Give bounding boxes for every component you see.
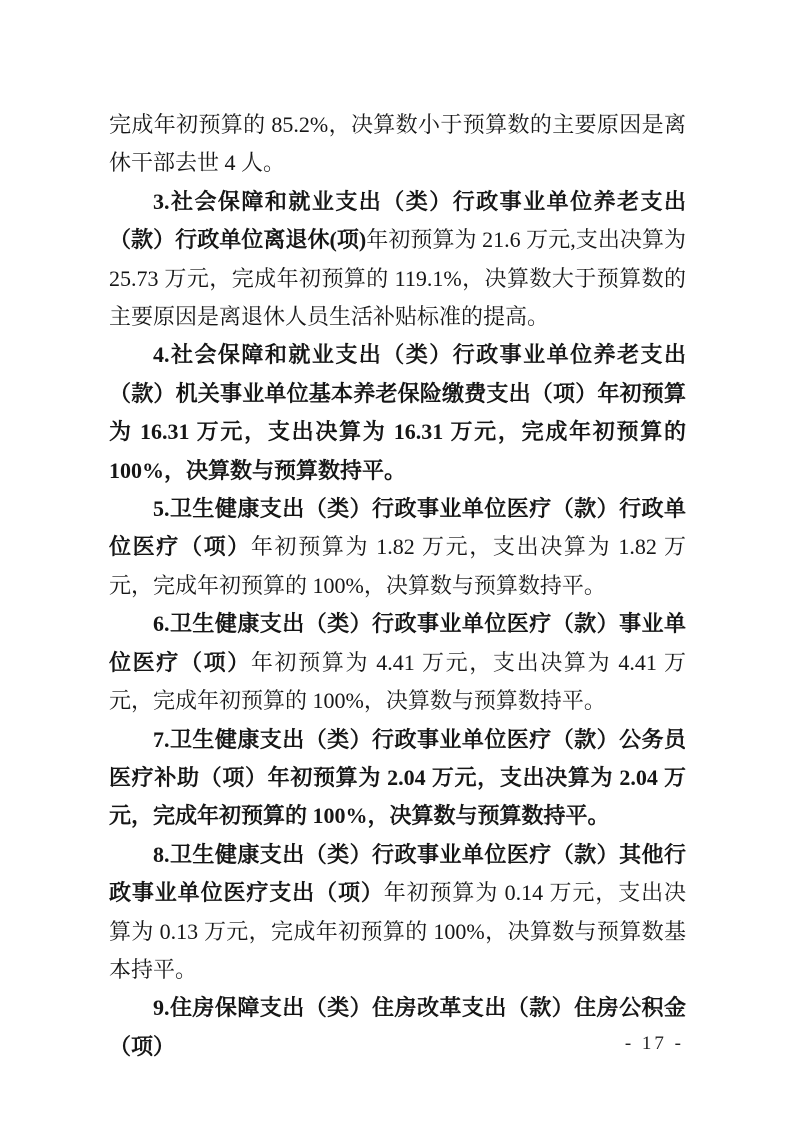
paragraph: 4.社会保障和就业支出（类）行政事业单位养老支出（款）机关事业单位基本养老保险缴…	[109, 336, 686, 490]
paragraph: 3.社会保障和就业支出（类）行政事业单位养老支出（款）行政单位离退休(项)年初预…	[109, 183, 686, 337]
page-number: - 17 -	[625, 1033, 684, 1055]
paragraph: 9.住房保障支出（类）住房改革支出（款）住房公积金（项）	[109, 989, 686, 1066]
text-run: 7.卫生健康支出（类）行政事业单位医疗（款）公务员医疗补助（项）年初预算为 2.…	[109, 727, 686, 829]
text-run: 4.社会保障和就业支出（类）行政事业单位养老支出（款）机关事业单位基本养老保险缴…	[109, 342, 686, 482]
text-run: 9.住房保障支出（类）住房改革支出（款）住房公积金（项）	[109, 995, 686, 1058]
text-run: 完成年初预算的 85.2%，决算数小于预算数的主要原因是离休干部去世 4 人。	[109, 112, 686, 175]
paragraph: 8.卫生健康支出（类）行政事业单位医疗（款）其他行政事业单位医疗支出（项）年初预…	[109, 836, 686, 990]
paragraph: 7.卫生健康支出（类）行政事业单位医疗（款）公务员医疗补助（项）年初预算为 2.…	[109, 721, 686, 836]
document-page: 完成年初预算的 85.2%，决算数小于预算数的主要原因是离休干部去世 4 人。3…	[0, 0, 793, 1122]
document-body: 完成年初预算的 85.2%，决算数小于预算数的主要原因是离休干部去世 4 人。3…	[109, 106, 686, 1066]
paragraph: 完成年初预算的 85.2%，决算数小于预算数的主要原因是离休干部去世 4 人。	[109, 106, 686, 183]
paragraph: 6.卫生健康支出（类）行政事业单位医疗（款）事业单位医疗（项）年初预算为 4.4…	[109, 605, 686, 720]
paragraph: 5.卫生健康支出（类）行政事业单位医疗（款）行政单位医疗（项）年初预算为 1.8…	[109, 490, 686, 605]
